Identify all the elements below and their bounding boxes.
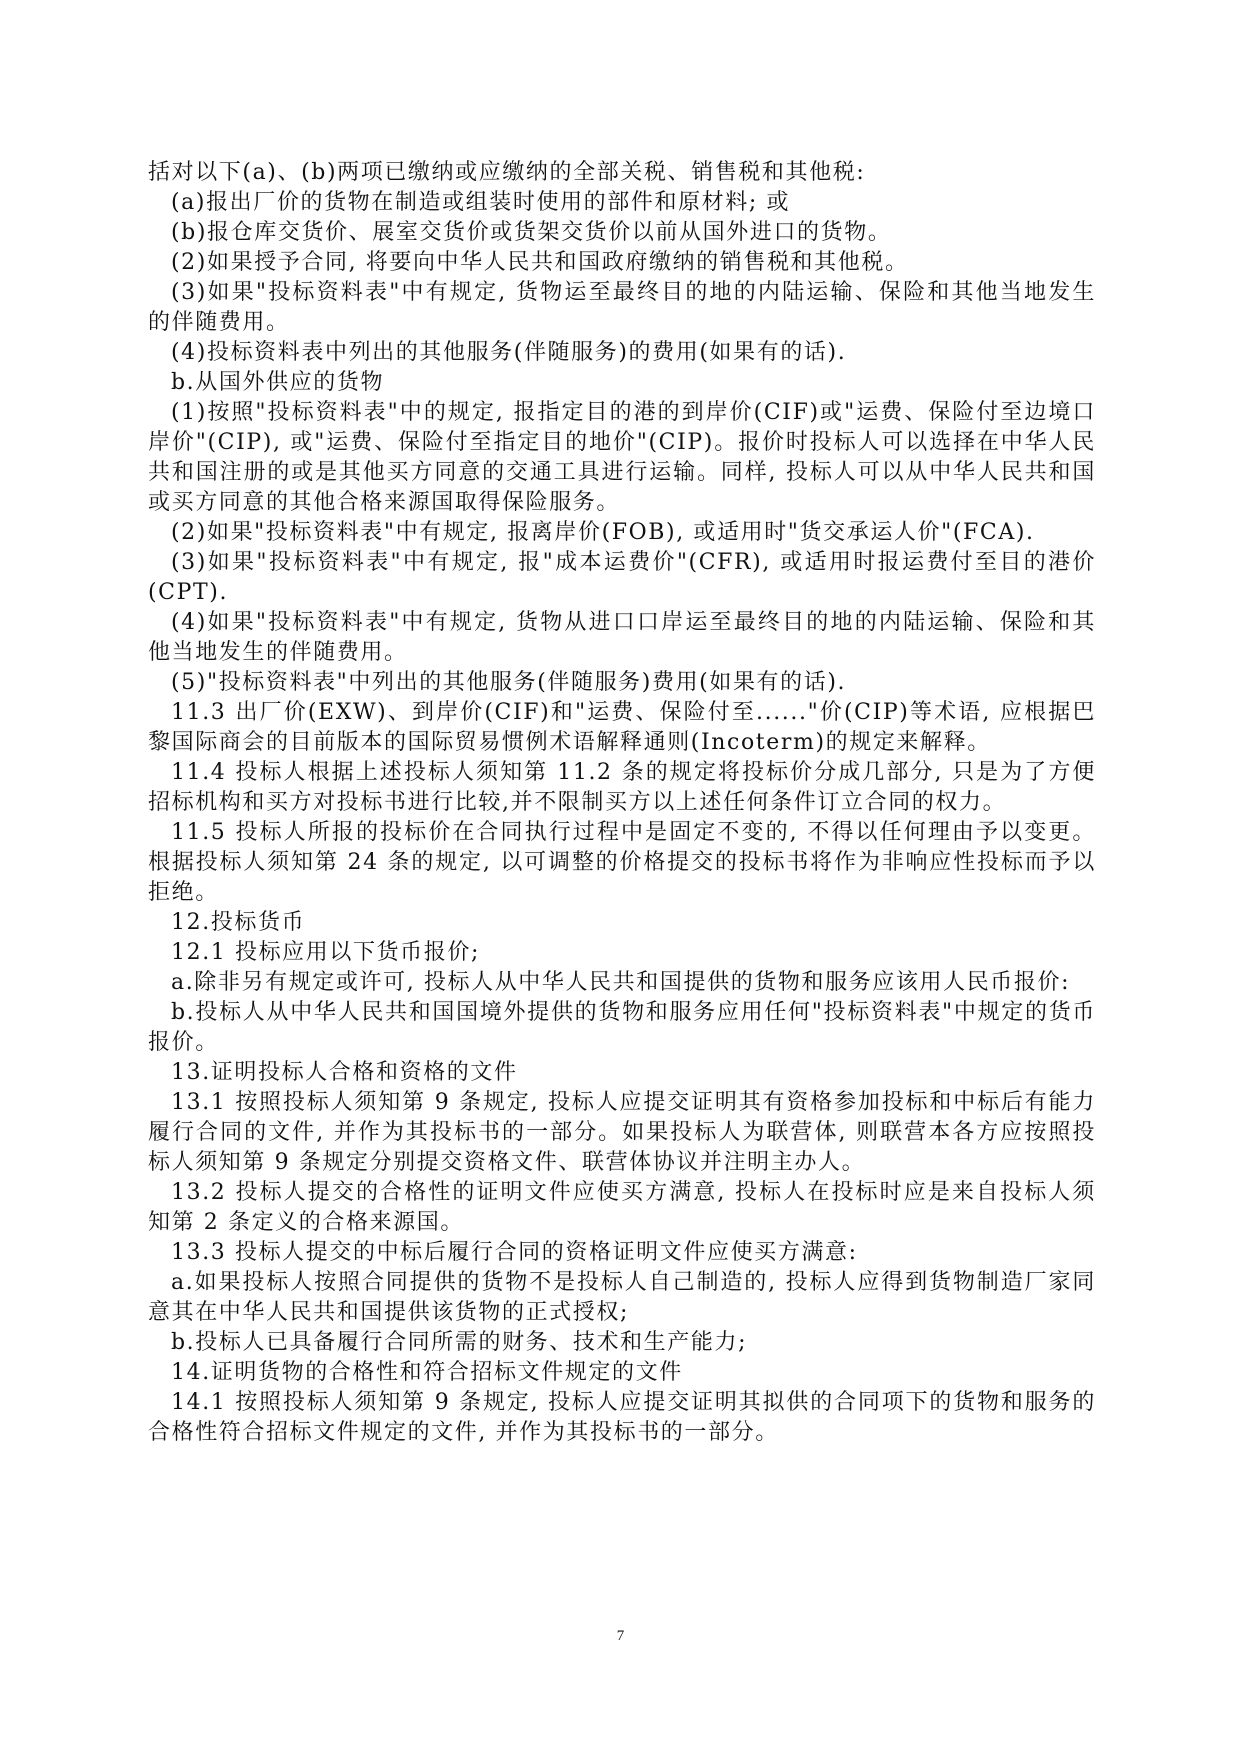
section-heading-14: 14.证明货物的合格性和符合招标文件规定的文件 (148, 1358, 1096, 1388)
clause-13-3-a: a.如果投标人按照合同提供的货物不是投标人自己制造的, 投标人应得到货物制造厂家… (148, 1268, 1096, 1328)
paragraph-continuation: 括对以下(a)、(b)两项已缴纳或应缴纳的全部关税、销售税和其他税: (148, 158, 1096, 188)
paragraph-item-3: (3)如果"投标资料表"中有规定, 货物运至最终目的地的内陆运输、保险和其他当地… (148, 278, 1096, 338)
clause-14-1: 14.1 按照投标人须知第 9 条规定, 投标人应提交证明其拟供的合同项下的货物… (148, 1388, 1096, 1448)
clause-11-5: 11.5 投标人所报的投标价在合同执行过程中是固定不变的, 不得以任何理由予以变… (148, 818, 1096, 908)
clause-12-1: 12.1 投标应用以下货币报价; (148, 938, 1096, 968)
paragraph-item-2: (2)如果授予合同, 将要向中华人民共和国政府缴纳的销售税和其他税。 (148, 248, 1096, 278)
paragraph-foreign-item-2: (2)如果"投标资料表"中有规定, 报离岸价(FOB), 或适用时"货交承运人价… (148, 518, 1096, 548)
clause-13-3-b: b.投标人已具备履行合同所需的财务、技术和生产能力; (148, 1328, 1096, 1358)
page-number: 7 (0, 1628, 1241, 1645)
paragraph-item-a: (a)报出厂价的货物在制造或组装时使用的部件和原材料; 或 (148, 188, 1096, 218)
clause-11-3: 11.3 出厂价(EXW)、到岸价(CIF)和"运费、保险付至......"价(… (148, 698, 1096, 758)
document-body: 括对以下(a)、(b)两项已缴纳或应缴纳的全部关税、销售税和其他税: (a)报出… (148, 158, 1096, 1448)
paragraph-foreign-item-4: (4)如果"投标资料表"中有规定, 货物从进口口岸运至最终目的地的内陆运输、保险… (148, 608, 1096, 668)
section-heading-13: 13.证明投标人合格和资格的文件 (148, 1058, 1096, 1088)
clause-12-1-b: b.投标人从中华人民共和国国境外提供的货物和服务应用任何"投标资料表"中规定的货… (148, 998, 1096, 1058)
subheading-foreign-goods: b.从国外供应的货物 (148, 368, 1096, 398)
paragraph-foreign-item-1: (1)按照"投标资料表"中的规定, 报指定目的港的到岸价(CIF)或"运费、保险… (148, 398, 1096, 518)
clause-12-1-a: a.除非另有规定或许可, 投标人从中华人民共和国提供的货物和服务应该用人民币报价… (148, 968, 1096, 998)
section-heading-12: 12.投标货币 (148, 908, 1096, 938)
clause-13-3: 13.3 投标人提交的中标后履行合同的资格证明文件应使买方满意: (148, 1238, 1096, 1268)
clause-13-1: 13.1 按照投标人须知第 9 条规定, 投标人应提交证明其有资格参加投标和中标… (148, 1088, 1096, 1178)
clause-11-4: 11.4 投标人根据上述投标人须知第 11.2 条的规定将投标价分成几部分, 只… (148, 758, 1096, 818)
clause-13-2: 13.2 投标人提交的合格性的证明文件应使买方满意, 投标人在投标时应是来自投标… (148, 1178, 1096, 1238)
paragraph-foreign-item-3: (3)如果"投标资料表"中有规定, 报"成本运费价"(CFR), 或适用时报运费… (148, 548, 1096, 608)
paragraph-item-4: (4)投标资料表中列出的其他服务(伴随服务)的费用(如果有的话). (148, 338, 1096, 368)
paragraph-foreign-item-5: (5)"投标资料表"中列出的其他服务(伴随服务)费用(如果有的话). (148, 668, 1096, 698)
paragraph-item-b: (b)报仓库交货价、展室交货价或货架交货价以前从国外进口的货物。 (148, 218, 1096, 248)
